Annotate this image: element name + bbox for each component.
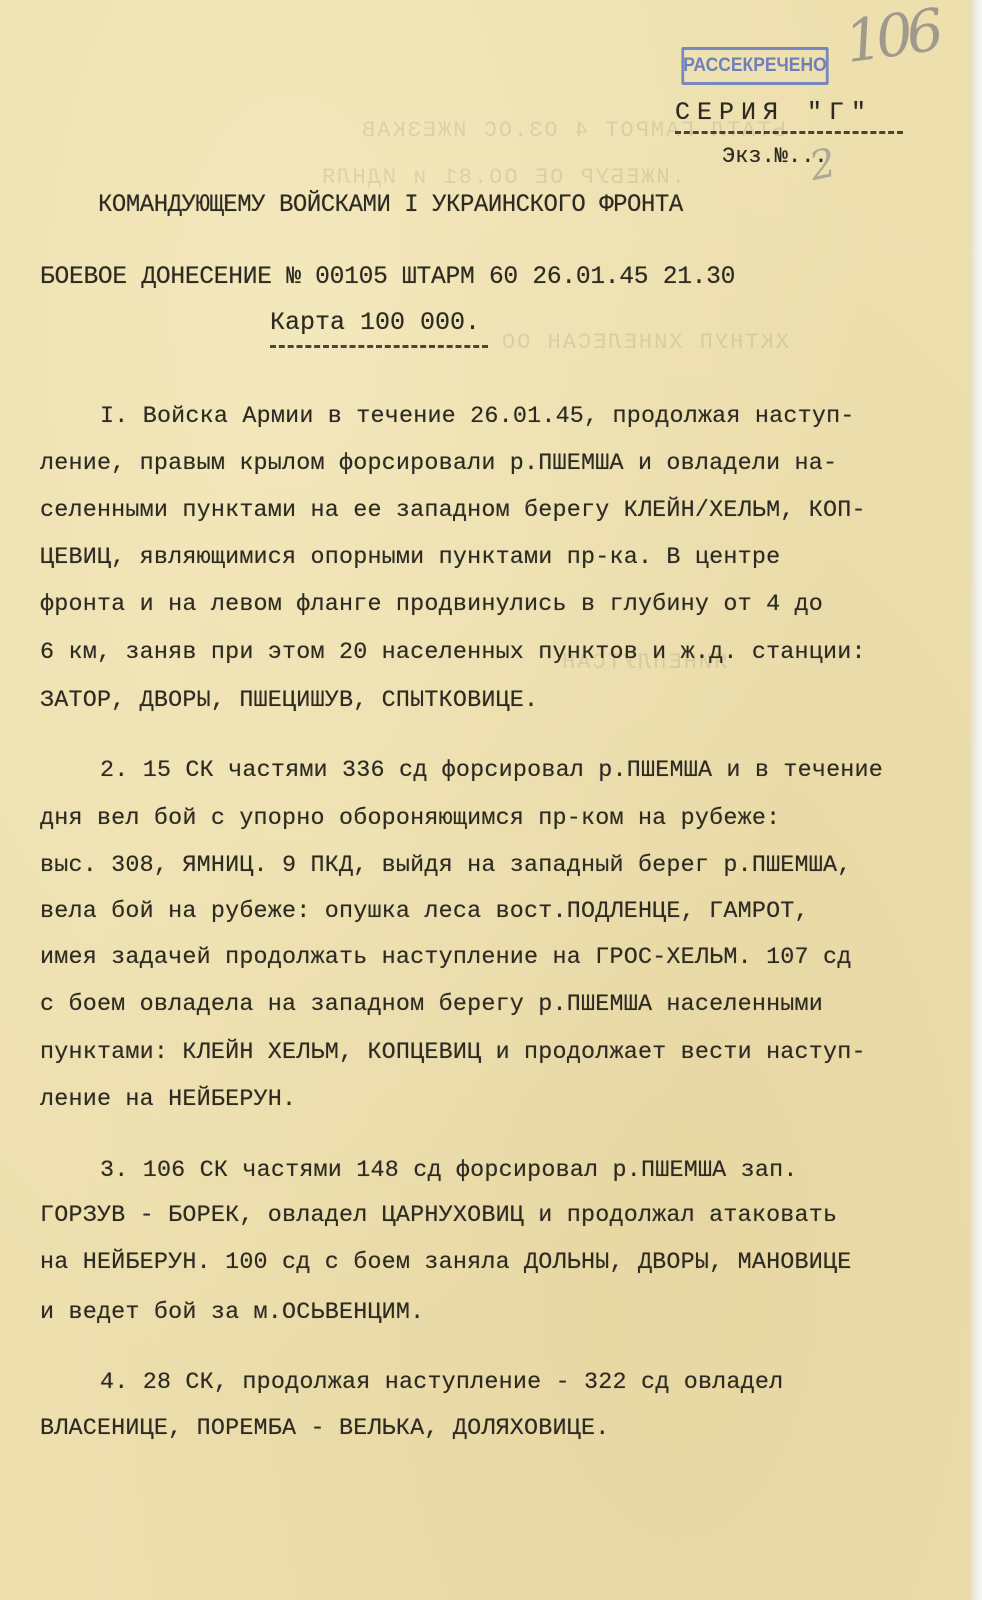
text-line: пунктами: КЛЕЙН ХЕЛЬМ, КОПЦЕВИЦ и продол… — [40, 1040, 866, 1066]
map-underline — [270, 345, 488, 348]
page-edge — [970, 0, 982, 1600]
text-line: I. Войска Армии в течение 26.01.45, прод… — [100, 404, 855, 430]
text-line: на НЕЙБЕРУН. 100 сд с боем заняла ДОЛЬНЫ… — [40, 1250, 852, 1276]
text-line: 2. 15 СК частями 336 сд форсировал р.ПШЕ… — [100, 758, 883, 784]
text-line: 6 км, заняв при этом 20 населенных пункт… — [40, 640, 866, 666]
series-underline — [675, 131, 903, 134]
bleed-through-text: .ИЖЕБУР ОЕ ОО.81 и ИДНЛЯ — [320, 165, 685, 190]
text-line: 4. 28 СК, продолжая наступление - 322 сд… — [100, 1370, 783, 1396]
handwritten-page-number: 106 — [841, 0, 942, 76]
copy-number-label: Экз.№... — [722, 144, 828, 169]
text-line: фронта и на левом фланге продвинулись в … — [40, 592, 823, 618]
text-line: ление, правым крылом форсировали р.ПШЕМШ… — [40, 451, 837, 477]
text-line: имея задачей продолжать наступление на Г… — [40, 945, 852, 971]
bleed-through-text: ХКТНУП ХИНЕЛЕСАН ОО — [500, 330, 789, 355]
text-line: с боем овладела на западном берегу р.ПШЕ… — [40, 992, 823, 1018]
text-line: ВЛАСЕНИЦЕ, ПОРЕМБА - ВЕЛЬКА, ДОЛЯХОВИЦЕ. — [40, 1416, 609, 1442]
addressee: КОМАНДУЮЩЕМУ ВОЙСКАМИ I УКРАИНСКОГО ФРОН… — [98, 190, 683, 219]
text-line: дня вел бой с упорно обороняющимся пр-ко… — [40, 806, 780, 832]
series-label: СЕРИЯ "Г" — [675, 98, 873, 127]
text-line: выс. 308, ЯМНИЦ. 9 ПКД, выйдя на западны… — [40, 853, 852, 879]
text-line: ление на НЕЙБЕРУН. — [40, 1087, 296, 1113]
text-line: ЦЕВИЦ, являющимися опорными пунктами пр-… — [40, 545, 780, 571]
text-line: 3. 106 СК частями 148 сд форсировал р.ПШ… — [100, 1158, 798, 1184]
text-line: вела бой на рубеже: опушка леса вост.ПОД… — [40, 899, 809, 925]
text-line: ГОРЗУВ - БОРЕК, овладел ЦАРНУХОВИЦ и про… — [40, 1203, 837, 1229]
report-title: БОЕВОЕ ДОНЕСЕНИЕ № 00105 ШТАРМ 60 26.01.… — [40, 262, 735, 291]
declassified-stamp: РАССЕКРЕЧЕНО — [681, 47, 828, 85]
text-line: ЗАТОР, ДВОРЫ, ПШЕЦИШУВ, СПЫТКОВИЦЕ. — [40, 688, 538, 714]
map-scale: Карта 100 000. — [270, 308, 480, 337]
text-line: и ведет бой за м.ОСЬВЕНЦИМ. — [40, 1300, 424, 1326]
text-line: селенными пунктами на ее западном берегу… — [40, 498, 866, 524]
document-page: ЬТАТЛ ГАМРОТ 4 ОЗ.ОС ИЖЕЗКАВ .ИЖЕБУР ОЕ … — [0, 0, 970, 1600]
